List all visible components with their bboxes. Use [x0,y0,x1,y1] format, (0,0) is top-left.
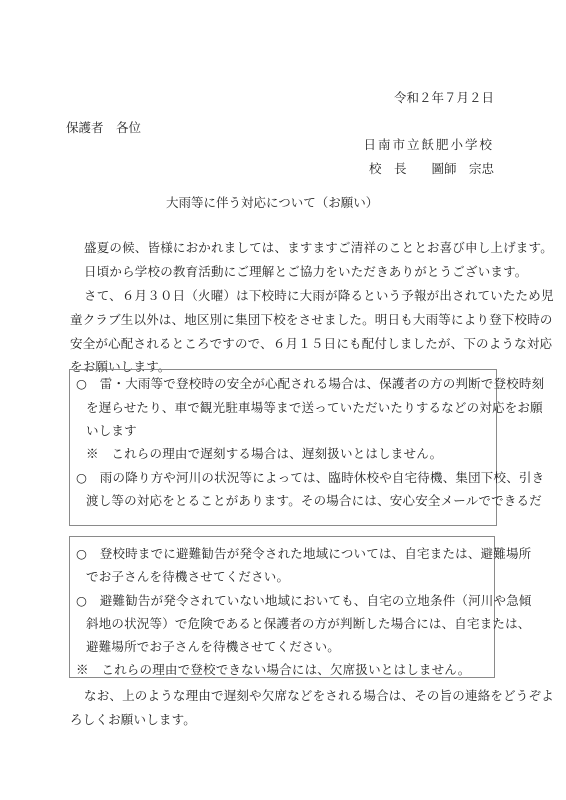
box1-line: いします [86,421,137,439]
date: 令和２年７月２日 [394,88,494,106]
closing-line: なお、上のような理由で遅刻や欠席などをされる場合は、その旨の連絡をどうぞよ [84,686,554,704]
intro-line: さて、６月３０日（火曜）は下校時に大雨が降るという予報が出されていたため児 [84,286,554,304]
intro-line: 日頃から学校の教育活動にご理解とご協力をいただきありがとうございます。 [84,262,528,280]
intro-line: 盛夏の候、皆様におかれましては、ますますご清祥のこととお喜び申し上げます。 [84,238,553,256]
closing-line: ろしくお願いします。 [70,710,196,728]
box1-line: ※ これらの理由で遅刻する場合は、遅刻扱いとはしません。 [86,444,442,462]
box2-line: ○ 避難勧告が発令されていない地域においても、自宅の立地条件（河川や急傾 [76,591,532,609]
box2-line: 斜地の状況等）で危険であると保護者の方が判断した場合には、自宅または、 [86,614,531,632]
intro-line: 童クラブ生以外は、地区別に集団下校をさせました。明日も大雨等により登下校時の [70,310,553,328]
box1-line: 渡し等の対応をとることがあります。その場合には、安心安全メールでできるだ [86,491,542,509]
box1-line: を遅らせたり、車で観光駐車場等まで送っていただいたりするなどの対応をお願 [86,398,543,416]
box2-line: ※ これらの理由で登校できない場合には、欠席扱いとはしません。 [76,660,470,678]
principal-name: 校 長 圖師 宗忠 [369,159,494,177]
box2-line: でお子さんを待機させてください。 [86,567,289,585]
school-name: 日南市立飫肥小学校 [363,135,494,153]
box1-line: ○ 雨の降り方や河川の状況等によっては、臨時休校や自宅待機、集団下校、引き [76,468,544,486]
box2-line: ○ 登校時までに避難勧告が発令された地域については、自宅または、避難場所 [76,544,531,562]
box1-line: ○ 雷・大雨等で登校時の安全が心配される場合は、保護者の方の判断で登校時刻 [76,374,544,392]
intro-line: 安全が心配されるところですので、６月１５日にも配付しましたが、下のような対応 [70,334,552,352]
document-title: 大雨等に伴う対応について（お願い） [166,193,378,211]
recipient: 保護者 各位 [66,118,141,136]
box2-line: 避難場所でお子さんを待機させてください。 [86,637,340,655]
